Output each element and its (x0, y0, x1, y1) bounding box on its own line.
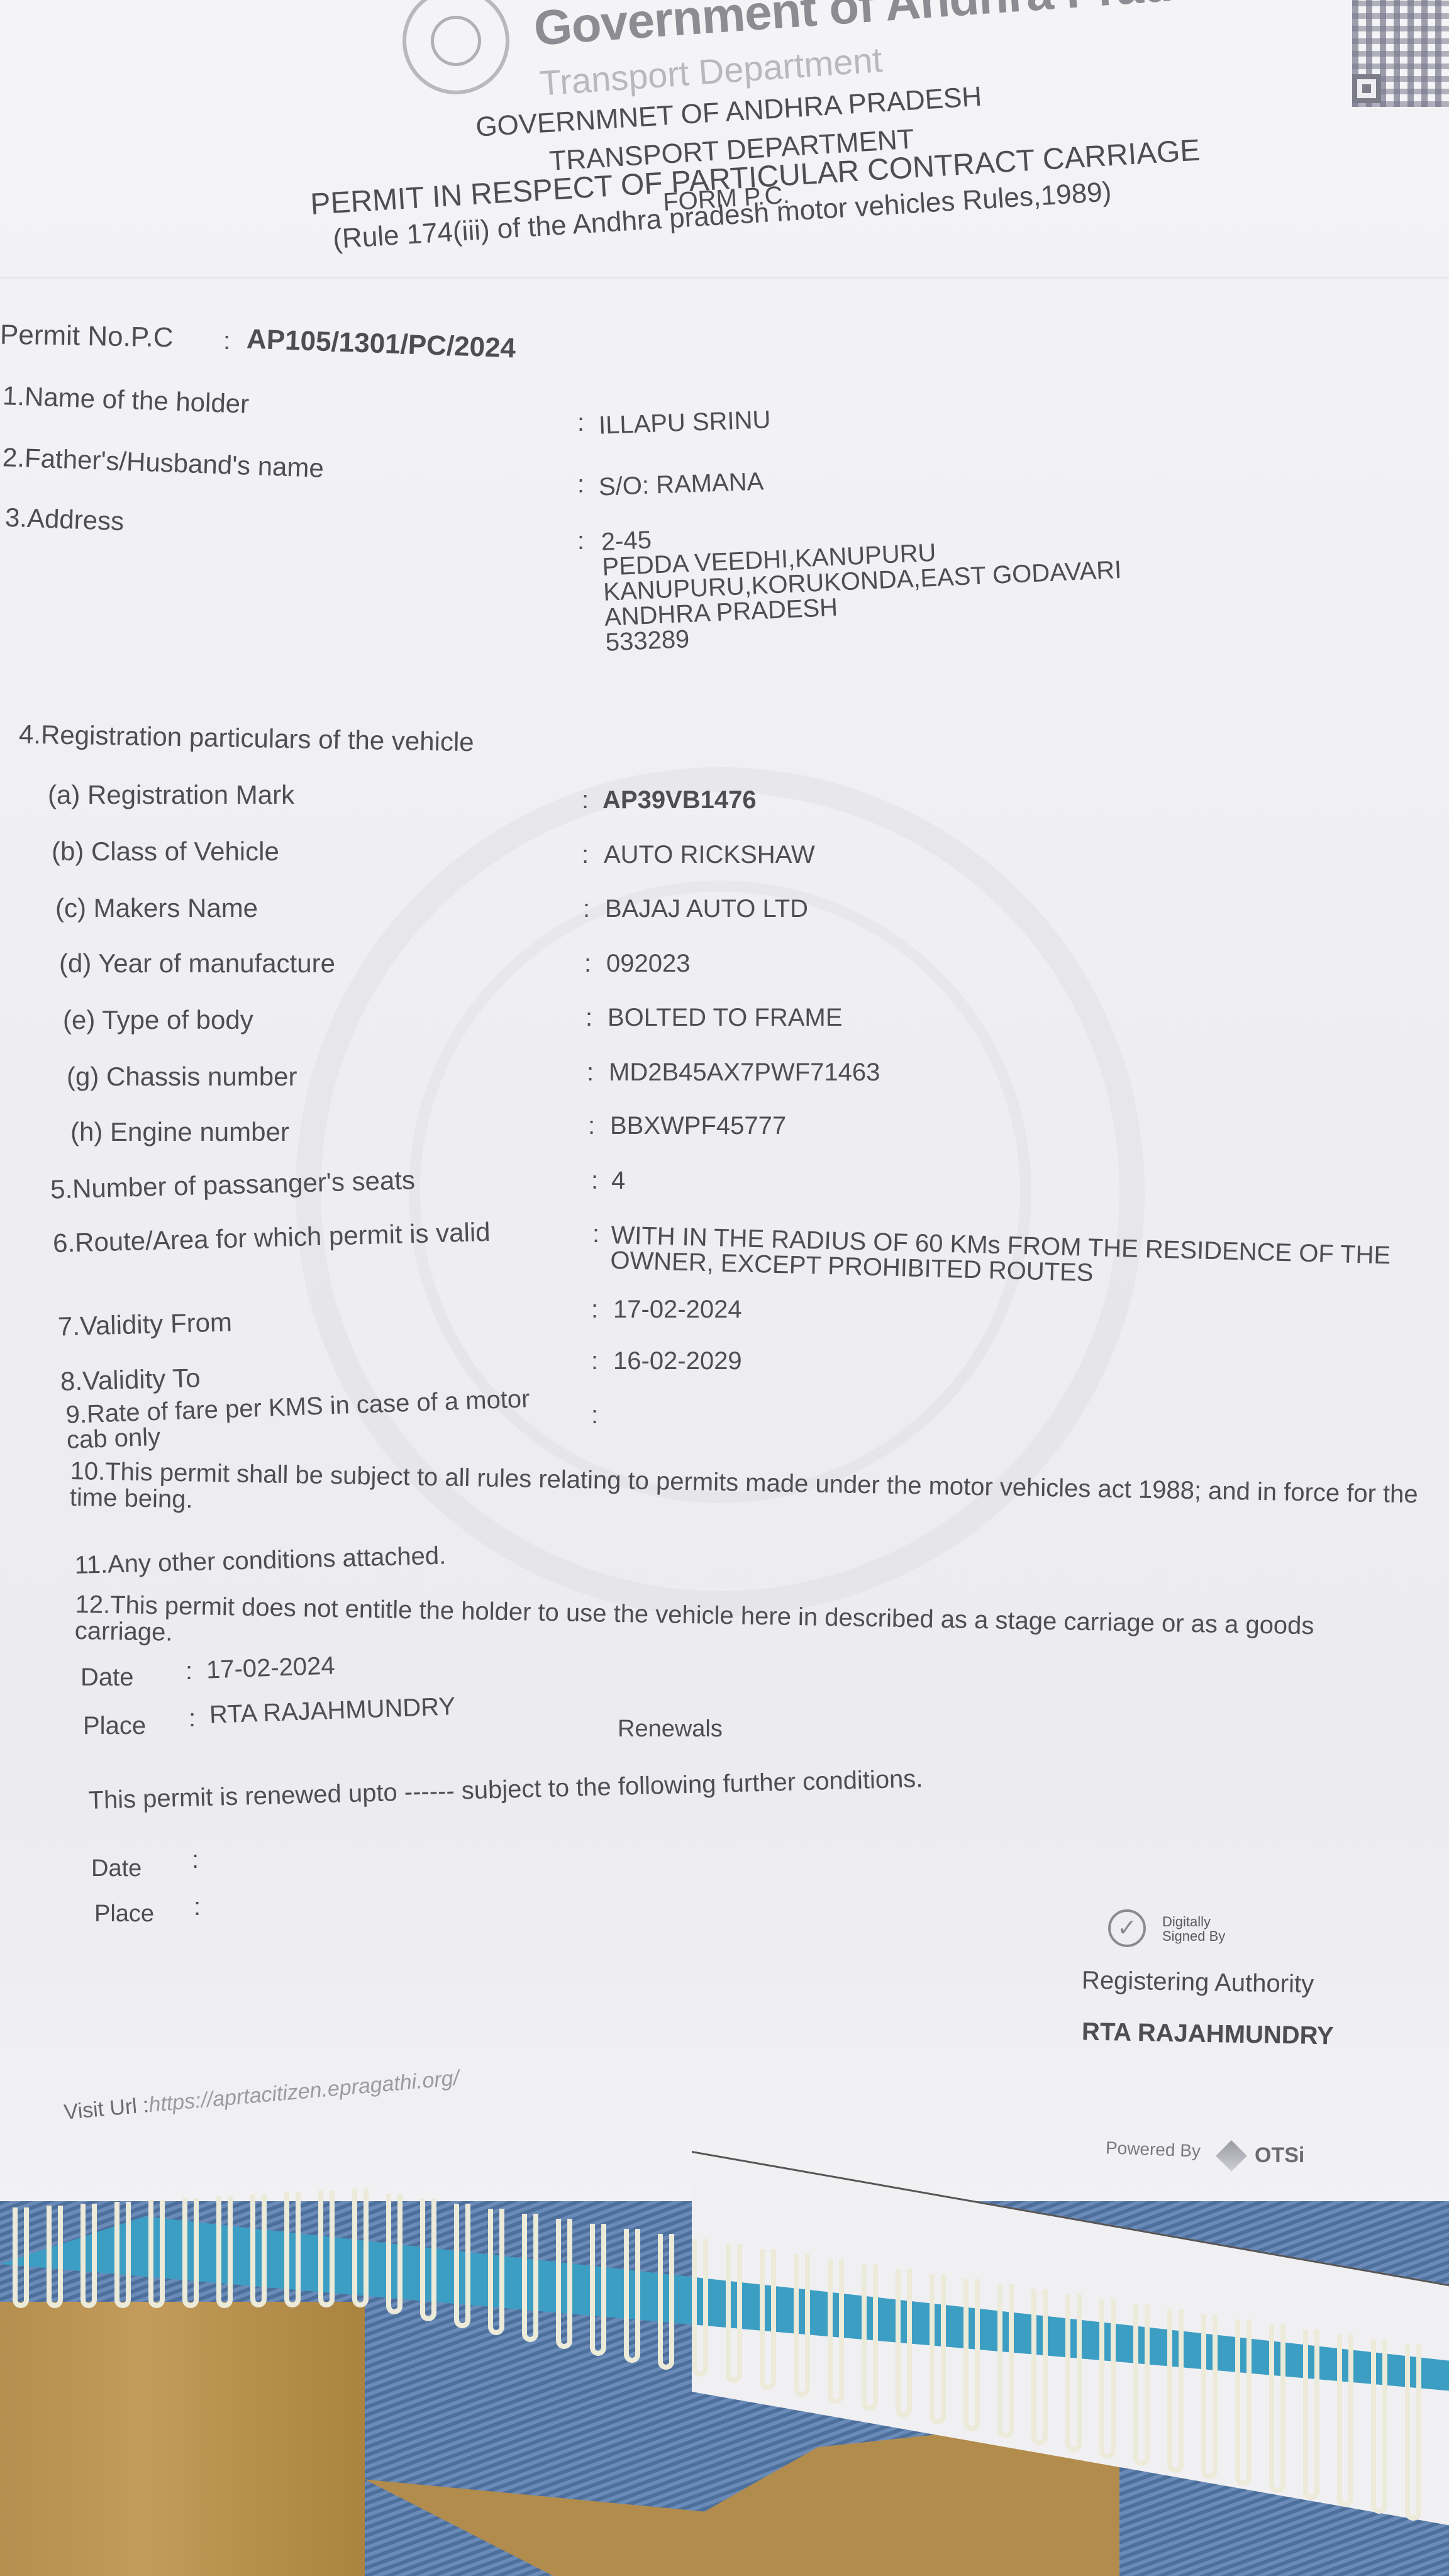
digitally-signed-line2: Signed By (1162, 1928, 1225, 1945)
reg-label-body: (e) Type of body (63, 1005, 253, 1035)
renewal-text: This permit is renewed upto ------ subje… (88, 1765, 923, 1814)
spiral-coil-icon (692, 2239, 708, 2377)
reg-value-class: AUTO RICKSHAW (604, 841, 815, 869)
spiral-coil-icon (930, 2274, 946, 2424)
spiral-coil-icon (250, 2194, 267, 2307)
reg-value-chassis: MD2B45AX7PWF71463 (609, 1058, 880, 1087)
reg-label-year: (d) Year of manufacture (59, 948, 335, 979)
reg-label-mark: (a) Registration Mark (48, 780, 294, 810)
spiral-coil-icon (80, 2204, 97, 2308)
field-colon: : (591, 1347, 598, 1375)
field-colon: : (584, 950, 591, 978)
field-colon: : (592, 1220, 599, 1248)
spiral-coil-icon (114, 2202, 131, 2308)
issue-date-label: Date (80, 1663, 134, 1692)
spiral-coil-icon (454, 2204, 470, 2328)
field-value-holder: ILLAPU SRINU (598, 406, 771, 440)
spiral-coil-icon (1405, 2345, 1421, 2521)
field-label-address: 3.Address (4, 502, 125, 537)
spiral-coil-icon (997, 2284, 1014, 2438)
spiral-coil-icon (488, 2209, 504, 2335)
reg-value-year: 092023 (606, 950, 690, 978)
renewal-place-label: Place (94, 1901, 154, 1928)
detail-label-validity-to: 8.Validity To (60, 1363, 201, 1397)
spiral-coil-icon (590, 2224, 606, 2356)
powered-by-label: Powered By (1105, 2138, 1201, 2161)
spiral-coil-icon (1031, 2289, 1048, 2445)
field-colon: : (189, 1704, 196, 1733)
spiral-coil-icon (420, 2199, 436, 2321)
detail-value-seats: 4 (611, 1167, 625, 1195)
reg-value-maker: BAJAJ AUTO LTD (605, 895, 808, 923)
spiral-coil-icon (760, 2249, 776, 2390)
detail-label-validity-from: 7.Validity From (57, 1307, 232, 1341)
condition-11: 11.Any other conditions attached. (74, 1543, 447, 1579)
gov-logo-title: Government of Andhra Pradesh (532, 0, 1257, 57)
spiral-coil-icon (1337, 2334, 1353, 2507)
permit-number-colon: : (223, 327, 230, 355)
spiral-coil-icon (1371, 2340, 1387, 2514)
field-colon: : (587, 1058, 594, 1087)
field-colon: : (577, 470, 584, 499)
spiral-coil-icon (1167, 2309, 1184, 2473)
spiral-coil-icon (658, 2234, 674, 2370)
spiral-coil-icon (794, 2254, 810, 2397)
check-circle-icon: ✓ (1108, 1909, 1146, 1947)
powered-by-brand: OTSi (1255, 2143, 1304, 2168)
field-colon: : (586, 1004, 592, 1032)
detail-value-validity-to: 16-02-2029 (613, 1347, 742, 1375)
field-colon: : (591, 1296, 598, 1324)
issue-place-label: Place (83, 1712, 146, 1740)
spiral-coil-icon (216, 2196, 233, 2308)
field-colon: : (591, 1167, 598, 1195)
reg-label-engine: (h) Engine number (70, 1117, 289, 1147)
reg-value-mark: AP39VB1476 (602, 786, 757, 814)
spiral-coil-icon (1099, 2299, 1116, 2459)
field-colon: : (192, 1846, 199, 1874)
spiral-coil-icon (556, 2219, 572, 2349)
field-value-address: 2-45 PEDDA VEEDHI,KANUPURU KANUPURU,KORU… (601, 507, 1124, 655)
state-emblem-icon (402, 0, 509, 94)
spiral-coil-icon (1269, 2324, 1285, 2493)
spiral-coil-icon (284, 2192, 301, 2307)
field-colon: : (583, 895, 590, 923)
registering-authority-label: Registering Authority (1082, 1967, 1314, 1999)
permit-number-label: Permit No.P.C (0, 319, 174, 354)
reg-value-body: BOLTED TO FRAME (608, 1004, 842, 1032)
permit-document: Government of Andhra Pradesh Transport D… (0, 0, 1449, 2239)
spiral-coil-icon (1133, 2304, 1150, 2466)
field-colon: : (588, 1112, 595, 1140)
reg-label-class: (b) Class of Vehicle (52, 836, 279, 867)
field-colon: : (577, 527, 584, 555)
spiral-coil-icon (318, 2190, 335, 2307)
qr-finder-icon (1352, 74, 1381, 103)
spiral-coil-icon (896, 2269, 912, 2418)
visit-url: Visit Url :https://aprtacitizen.epragath… (63, 2066, 460, 2125)
spiral-coil-icon (47, 2206, 63, 2308)
reg-value-engine: BBXWPF45777 (610, 1112, 786, 1140)
spiral-coil-icon (1303, 2329, 1319, 2500)
issue-place-value: RTA RAJAHMUNDRY (209, 1692, 456, 1729)
spiral-coil-icon (352, 2189, 369, 2307)
field-colon: : (582, 786, 589, 814)
reg-label-maker: (c) Makers Name (55, 893, 258, 923)
renewal-date-label: Date (91, 1855, 142, 1882)
field-colon: : (591, 1401, 598, 1430)
field-colon: : (186, 1657, 192, 1685)
field-label-father: 2.Father's/Husband's name (2, 442, 324, 484)
spiral-coil-icon (386, 2194, 402, 2314)
renewals-heading: Renewals (618, 1716, 723, 1743)
field-colon: : (194, 1893, 201, 1921)
spiral-coil-icon (726, 2244, 742, 2383)
spiral-binding (0, 2170, 1449, 2576)
field-colon: : (577, 409, 584, 437)
issue-date-value: 17-02-2024 (206, 1652, 335, 1684)
spiral-coil-icon (1065, 2294, 1082, 2452)
spiral-coil-icon (624, 2229, 640, 2363)
reg-label-chassis: (g) Chassis number (67, 1062, 297, 1092)
field-label-holder: 1.Name of the holder (2, 380, 250, 419)
detail-value-validity-from: 17-02-2024 (613, 1296, 742, 1324)
spiral-coil-icon (1201, 2314, 1218, 2479)
field-value-father: S/O: RAMANA (598, 467, 764, 501)
registering-authority-office: RTA RAJAHMUNDRY (1082, 2018, 1334, 2051)
spiral-coil-icon (522, 2214, 538, 2342)
registration-heading: 4.Registration particulars of the vehicl… (19, 719, 474, 758)
spiral-coil-icon (828, 2259, 844, 2404)
spiral-coil-icon (182, 2198, 199, 2308)
otsi-logo-icon (1216, 2140, 1247, 2172)
visit-url-label: Visit Url : (63, 2093, 150, 2124)
field-colon: : (582, 841, 589, 869)
spiral-coil-icon (862, 2264, 878, 2411)
visit-url-link[interactable]: https://aprtacitizen.epragathi.org/ (148, 2066, 460, 2117)
spiral-coil-icon (148, 2200, 165, 2308)
spiral-coil-icon (1235, 2319, 1252, 2486)
spiral-coil-icon (13, 2207, 29, 2308)
permit-number-value: AP105/1301/PC/2024 (246, 324, 516, 365)
spiral-coil-icon (963, 2279, 980, 2431)
